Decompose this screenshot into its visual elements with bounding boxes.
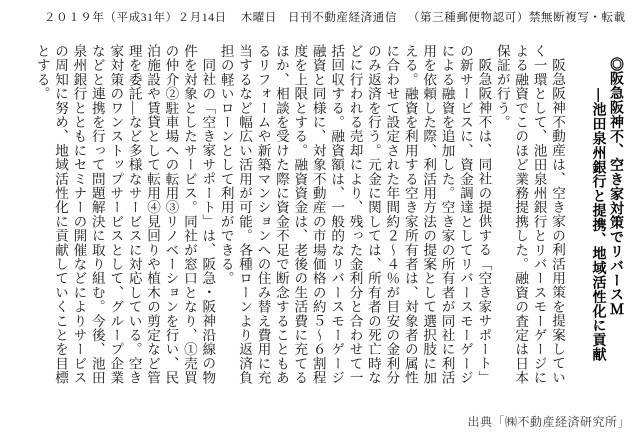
source-caption: 出典「㈱不動産経済研究所」: [467, 413, 630, 430]
postal-approval-note: （第三種郵便物認可）: [408, 9, 529, 25]
headline-line-1: ◎阪急阪神不、空き家対策でリバースＭ: [608, 57, 626, 407]
body-paragraph-1: 阪急阪神不動産は、空き家の利活用策を提案していく一環として、池田泉州銀行とリバー…: [492, 44, 566, 386]
body-paragraph-2: 阪急阪神不は、同社の提供する「空き家サポート」の新サービスに、資金調達としてリバ…: [216, 44, 492, 386]
issue-date: ２０１９年（平成31年）２月14日: [44, 9, 227, 25]
publication-name: 日刊不動産経済通信: [288, 9, 397, 25]
masthead-line: ２０１９年（平成31年）２月14日 木曜日 日刊不動産経済通信 （第三種郵便物認…: [44, 9, 622, 25]
body-paragraph-3: 同社の「空き家サポート」は、阪急・阪神沿線の物件を対象としたサービス。同社が窓口…: [32, 44, 216, 386]
weekday: 木曜日: [241, 9, 277, 25]
copyright-notice: 禁無断複写・転載: [529, 9, 626, 25]
article-body: 阪急阪神不動産は、空き家の利活用策を提案していく一環として、池田泉州銀行とリバー…: [28, 44, 566, 386]
article-headline-block: ◎阪急阪神不、空き家対策でリバースＭ ―池田泉州銀行と提携、地域活性化に貢献: [590, 57, 625, 407]
newspaper-clipping-page: ２０１９年（平成31年）２月14日 木曜日 日刊不動産経済通信 （第三種郵便物認…: [0, 0, 636, 440]
headline-line-2: ―池田泉州銀行と提携、地域活性化に貢献: [590, 88, 608, 407]
